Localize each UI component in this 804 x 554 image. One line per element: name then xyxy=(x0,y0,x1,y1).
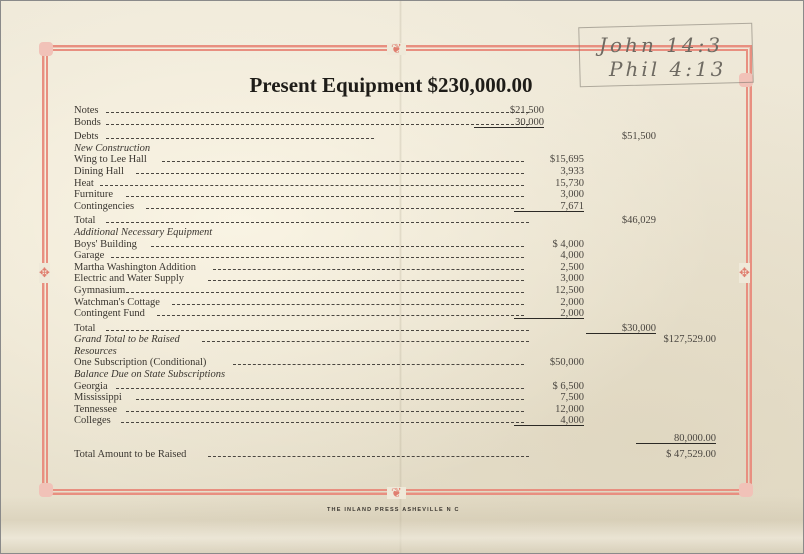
dot-leader xyxy=(208,456,530,457)
handwritten-note-line2: Phil 4:13 xyxy=(609,57,726,81)
border-flourish-icon: ❦ xyxy=(387,487,406,499)
row-label: Watchman's Cottage xyxy=(74,297,160,309)
dot-leader xyxy=(106,124,530,125)
dot-leader xyxy=(100,185,524,186)
row-label: Contingencies xyxy=(74,201,134,213)
dot-leader xyxy=(202,341,529,342)
amount-col1b: 4,000 xyxy=(514,250,584,262)
dot-leader xyxy=(233,364,524,365)
amount-col1: $21,500 xyxy=(474,105,544,117)
ledger-row: Gymnasium12,500 xyxy=(74,285,734,297)
dot-leader xyxy=(106,112,530,113)
amount-col1b: 3,933 xyxy=(514,166,584,178)
ledger-row: Martha Washington Addition2,500 xyxy=(74,262,734,274)
amount-col2: $46,029 xyxy=(586,215,656,227)
dot-leader xyxy=(126,411,524,412)
amount-col1b: 7,500 xyxy=(514,392,584,404)
ledger-row: Dining Hall3,933 xyxy=(74,166,734,178)
amount-col1b: $15,695 xyxy=(514,154,584,166)
corner-ornament-icon xyxy=(39,42,53,56)
amount-col1b: 15,730 xyxy=(514,178,584,190)
dot-leader xyxy=(106,330,530,331)
ledger-row: Heat15,730 xyxy=(74,178,734,190)
corner-ornament-icon xyxy=(39,483,53,497)
dot-leader xyxy=(121,422,524,423)
row-label: Heat xyxy=(74,178,94,190)
scanned-page: ❦ ❦ ✥ ✥ John 14:3 Phil 4:13 Present Equi… xyxy=(0,0,804,554)
ledger-row: Garage4,000 xyxy=(74,250,734,262)
row-label: Furniture xyxy=(74,189,113,201)
amount-col1b: 2,000 xyxy=(514,308,584,319)
ledger-row: New Construction xyxy=(74,143,734,155)
ledger-row: Resources xyxy=(74,346,734,358)
row-label: Georgia xyxy=(74,381,108,393)
amount-col1b: 7,671 xyxy=(514,201,584,212)
printer-imprint: THE INLAND PRESS ASHEVILLE N C xyxy=(327,507,460,513)
dot-leader xyxy=(208,280,525,281)
row-label: Boys' Building xyxy=(74,239,137,251)
row-label: One Subscription (Conditional) xyxy=(74,357,206,369)
amount-col3: $127,529.00 xyxy=(636,334,716,346)
dot-leader xyxy=(172,304,524,305)
row-label: Notes xyxy=(74,105,99,117)
amount-col1b: 12,000 xyxy=(514,404,584,416)
ledger-row: Colleges4,000 xyxy=(74,415,734,427)
row-label: New Construction xyxy=(74,143,150,155)
amount-col1b: $ 4,000 xyxy=(514,239,584,251)
dot-leader xyxy=(136,399,524,400)
ledger-row: Notes$21,500 xyxy=(74,105,734,117)
amount-col1b: $ 6,500 xyxy=(514,381,584,393)
row-label: Resources xyxy=(74,346,117,358)
row-label: Total xyxy=(74,215,95,227)
ledger-row: Watchman's Cottage2,000 xyxy=(74,297,734,309)
row-label: Total xyxy=(74,323,95,335)
row-label: Contingent Fund xyxy=(74,308,145,320)
row-label: Additional Necessary Equipment xyxy=(74,227,212,239)
ledger-row: Boys' Building$ 4,000 xyxy=(74,239,734,251)
amount-col2: $30,000 xyxy=(586,323,656,334)
dot-leader xyxy=(126,196,524,197)
handwritten-note-line1: John 14:3 xyxy=(599,33,723,57)
dot-leader xyxy=(126,292,524,293)
dot-leader xyxy=(106,222,530,223)
row-label: Tennessee xyxy=(74,404,117,416)
dot-leader xyxy=(111,257,524,258)
dot-leader xyxy=(151,246,524,247)
border-flourish-icon: ✥ xyxy=(739,263,750,283)
dot-leader xyxy=(106,138,375,139)
ledger-row: Total Amount to be Raised$ 47,529.00 xyxy=(74,449,734,461)
ledger-row: Furniture3,000 xyxy=(74,189,734,201)
amount-col1b: 2,500 xyxy=(514,262,584,274)
corner-ornament-icon xyxy=(739,483,753,497)
row-label: Garage xyxy=(74,250,104,262)
amount-col1b: 3,000 xyxy=(514,273,584,285)
row-label: Bonds xyxy=(74,117,101,129)
dot-leader xyxy=(157,315,525,316)
row-label: Colleges xyxy=(74,415,111,427)
dot-leader xyxy=(213,269,524,270)
dot-leader xyxy=(162,161,524,162)
row-label: Total Amount to be Raised xyxy=(74,449,186,461)
amount-col1b: 4,000 xyxy=(514,415,584,426)
row-label: Grand Total to be Raised xyxy=(74,334,180,346)
border-flourish-icon: ✥ xyxy=(39,263,50,283)
row-label: Balance Due on State Subscriptions xyxy=(74,369,225,381)
amount-col3: 80,000.00 xyxy=(636,433,716,444)
ledger-row: Additional Necessary Equipment xyxy=(74,227,734,239)
ledger-row: Balance Due on State Subscriptions xyxy=(74,369,734,381)
ledger-row: 80,000.00 xyxy=(74,433,734,445)
ledger-row: Contingencies7,671 xyxy=(74,201,734,213)
row-label: Dining Hall xyxy=(74,166,124,178)
ledger-row: Wing to Lee Hall$15,695 xyxy=(74,154,734,166)
row-label: Mississippi xyxy=(74,392,122,404)
amount-col1b: 2,000 xyxy=(514,297,584,309)
ledger-row: Georgia$ 6,500 xyxy=(74,381,734,393)
ledger-row: Total$46,029 xyxy=(74,215,734,227)
ledger-row: Bonds30,000 xyxy=(74,117,734,129)
amount-col3: $ 47,529.00 xyxy=(636,449,716,461)
border-flourish-icon: ❦ xyxy=(387,43,406,55)
ledger-row: Total$30,000 xyxy=(74,323,734,335)
row-label: Electric and Water Supply xyxy=(74,273,184,285)
ledger-row: Debts$51,500 xyxy=(74,131,734,143)
amount-col1b: $50,000 xyxy=(514,357,584,369)
amount-col2: $51,500 xyxy=(586,131,656,143)
row-label: Wing to Lee Hall xyxy=(74,154,147,166)
paper-crease xyxy=(1,496,803,554)
ledger-row: One Subscription (Conditional)$50,000 xyxy=(74,357,734,369)
dot-leader xyxy=(146,208,524,209)
ledger-row: Contingent Fund2,000 xyxy=(74,308,734,320)
ledger-row: Electric and Water Supply3,000 xyxy=(74,273,734,285)
amount-col1: 30,000 xyxy=(474,117,544,128)
dot-leader xyxy=(136,173,524,174)
ledger-row: Grand Total to be Raised$127,529.00 xyxy=(74,334,734,346)
amount-col1b: 12,500 xyxy=(514,285,584,297)
ledger-table: Notes$21,500Bonds30,000Debts$51,500New C… xyxy=(74,105,734,460)
row-label: Martha Washington Addition xyxy=(74,262,196,274)
ledger-row: Mississippi7,500 xyxy=(74,392,734,404)
ledger-row: Tennessee12,000 xyxy=(74,404,734,416)
row-label: Gymnasium xyxy=(74,285,125,297)
amount-col1b: 3,000 xyxy=(514,189,584,201)
page-title: Present Equipment $230,000.00 xyxy=(241,73,541,98)
dot-leader xyxy=(116,388,524,389)
row-label: Debts xyxy=(74,131,99,143)
